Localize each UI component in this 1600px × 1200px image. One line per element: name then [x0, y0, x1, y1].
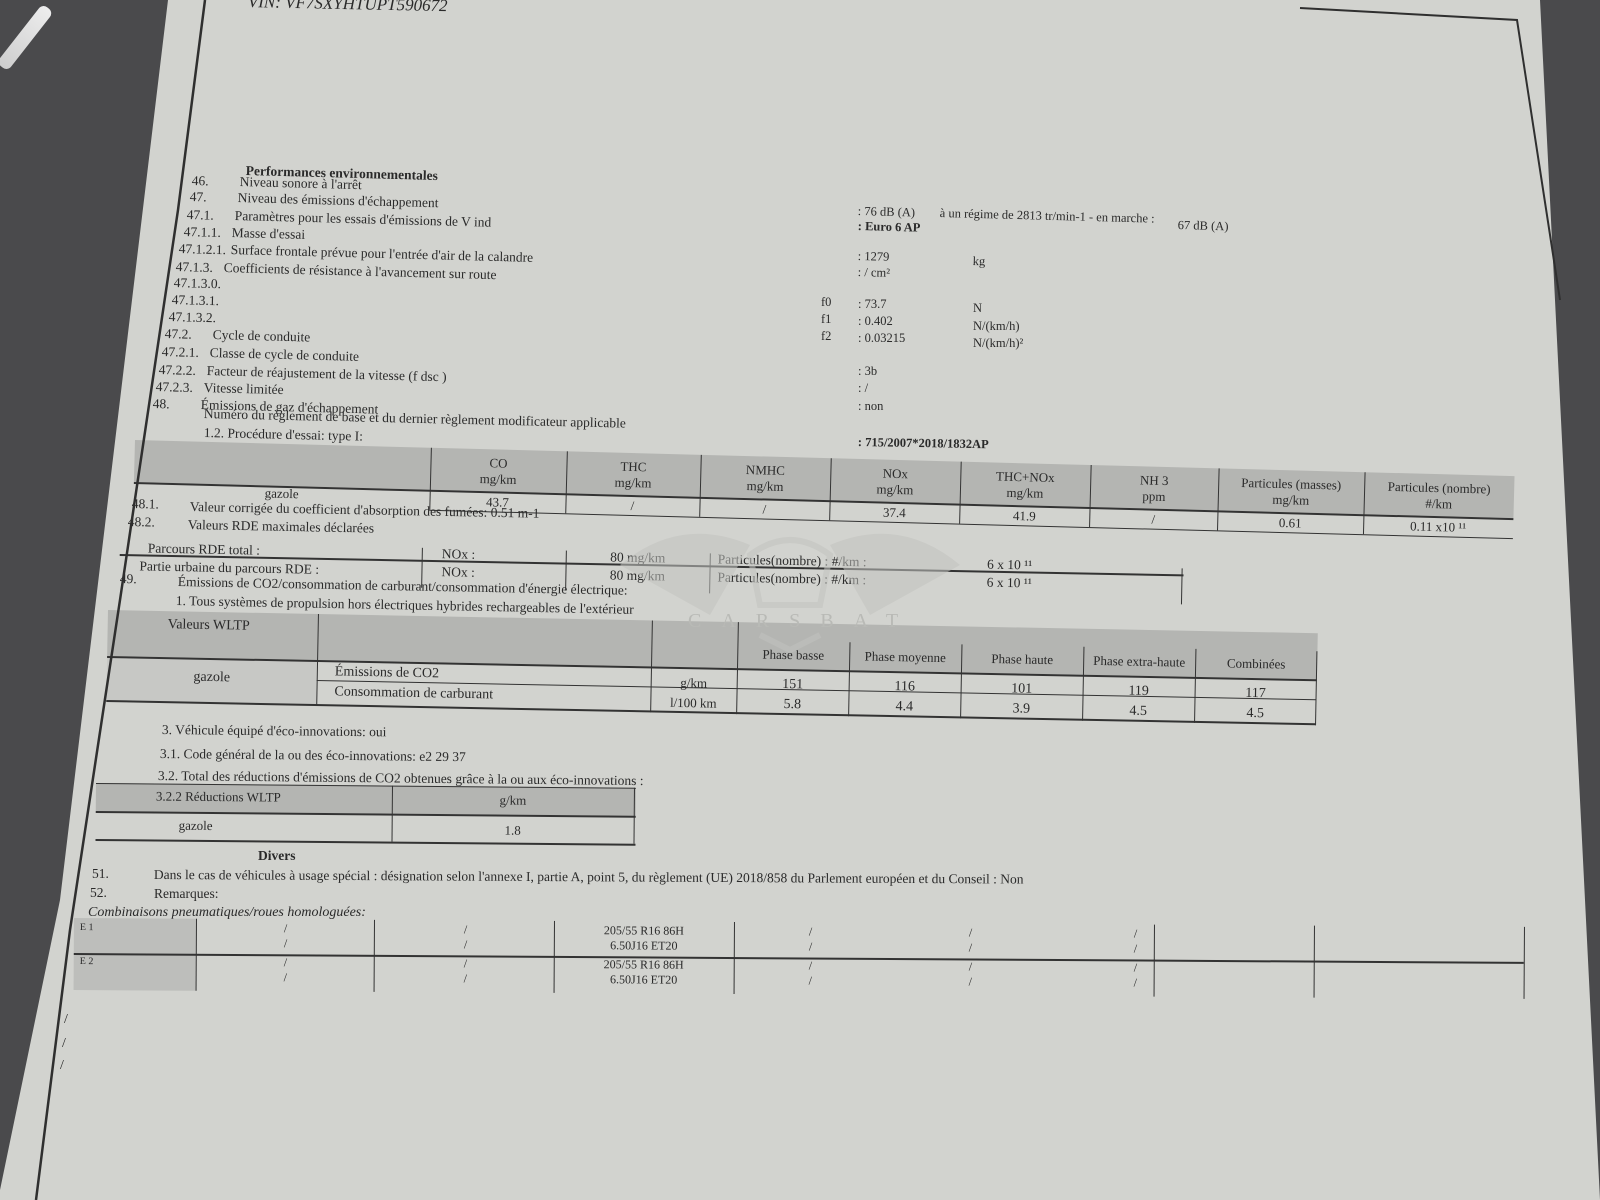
eco-line1: 3. Véhicule équipé d'éco-innovations: ou… — [162, 722, 387, 740]
item-number: 47.1.3.1. — [172, 292, 220, 309]
wltp-value: 151 — [737, 676, 849, 693]
rde-num: 48.2. — [128, 514, 155, 531]
eco-table-unit: g/km — [392, 792, 634, 809]
tyre-empty-cell: / — [969, 974, 972, 989]
speed-limited: : non — [858, 398, 883, 414]
stray-slash-3: / — [60, 1058, 64, 1074]
f0-value: : 73.7 — [858, 296, 886, 312]
light-reflection — [0, 4, 54, 72]
item-number: 47.1.2.1. — [179, 241, 227, 258]
eco-table-value: 1.8 — [392, 822, 634, 839]
wltp-row-label: Émissions de CO2 — [335, 664, 440, 681]
test-mass: : 1279 — [858, 248, 890, 265]
tyre-empty-cell: / — [464, 971, 467, 986]
wltp-value: 5.8 — [736, 696, 848, 713]
f1-label: f1 — [821, 311, 831, 327]
reglement-value: : 715/2007*2018/1832AP — [858, 434, 989, 452]
emissions-value: 41.9 — [959, 507, 1089, 525]
f1-unit: N/(km/h) — [973, 318, 1020, 334]
rde-value: 80 mg/km — [566, 549, 710, 567]
tyre-row-id: E 2 — [80, 954, 94, 969]
tyre-empty-cell: / — [809, 939, 812, 954]
tyre-empty-cell: / — [809, 973, 812, 988]
item-label: Cycle de conduite — [213, 327, 311, 346]
smoke-num: 48.1. — [132, 496, 159, 513]
wltp-phase-header: Phase moyenne — [849, 648, 961, 665]
wltp-value: 116 — [849, 678, 961, 695]
tyre-empty-cell: / — [1134, 960, 1137, 975]
rim-size: 6.50J16 ET20 — [554, 972, 734, 988]
tyre-size: 205/55 R16 86H — [554, 923, 734, 939]
f0-unit: N — [973, 300, 982, 316]
f2-label: f2 — [821, 328, 831, 344]
item-number: 48. — [153, 396, 170, 412]
rde-pn-label: Particules(nombre) : #/km : — [717, 569, 967, 589]
rim-size: 6.50J16 ET20 — [554, 938, 734, 954]
item-number: 47.1.1. — [184, 224, 222, 241]
watermark-text: CARSBAT — [688, 610, 918, 633]
emissions-value: 0.61 — [1217, 513, 1363, 532]
co2-num: 49. — [120, 571, 137, 587]
tyre-empty-cell: / — [809, 958, 812, 973]
wltp-phase-header: Phase extra-haute — [1083, 653, 1195, 670]
tyre-empty-cell: / — [464, 956, 467, 971]
stray-slash-2: / — [62, 1036, 66, 1052]
cycle-class: : 3b — [858, 363, 877, 379]
wltp-value: 4.5 — [1082, 703, 1194, 720]
item52-num: 52. — [90, 885, 107, 901]
wltp-phase-header: Phase basse — [737, 646, 849, 663]
wltp-value: 4.4 — [848, 698, 960, 715]
rde-pn-value: 6 x 10 ¹¹ — [969, 574, 1049, 591]
rde-pollutant: NOx : — [442, 546, 542, 563]
item-number: 47.2.2. — [159, 362, 197, 379]
item-number: 47.2. — [165, 326, 192, 343]
rde-pn-label: Particules(nombre) : #/km : — [718, 551, 968, 571]
item52-text: Remarques: — [154, 886, 218, 902]
emissions-value: / — [1089, 510, 1217, 528]
item-label: Masse d'essai — [232, 225, 306, 243]
tyre-empty-cell: / — [969, 925, 972, 940]
item-number: 47.1.3. — [176, 259, 214, 276]
emissions-value: / — [565, 496, 699, 515]
tyre-empty-cell: / — [1134, 941, 1137, 956]
emissions-value: 0.11 x10 ¹¹ — [1363, 517, 1513, 536]
item-number: 46. — [192, 173, 209, 189]
item51-num: 51. — [92, 866, 109, 882]
tyre-empty-cell: / — [284, 936, 287, 951]
eco-line2: 3.1. Code général de la ou des éco-innov… — [160, 746, 466, 765]
f0-label: f0 — [821, 294, 831, 310]
stray-slash-1: / — [64, 1012, 68, 1028]
fdsc-value: : / — [858, 380, 868, 396]
tyre-empty-cell: / — [284, 970, 287, 985]
tyre-empty-cell: / — [284, 921, 287, 936]
item51-text: Dans le cas de véhicules à usage spécial… — [154, 867, 1024, 888]
f1-value: : 0.402 — [858, 313, 893, 329]
vin-header: VIN: VF7SXYHTUPT590672 — [248, 0, 448, 14]
wltp-row-unit: l/100 km — [650, 694, 736, 711]
frontal-area: : / cm² — [858, 264, 891, 281]
tyre-empty-cell: / — [464, 937, 467, 952]
eco-table-title: 3.2.2 Réductions WLTP — [156, 789, 281, 805]
emissions-value: / — [699, 500, 829, 518]
wltp-title: Valeurs WLTP — [168, 617, 250, 634]
tyre-empty-cell: / — [1134, 926, 1137, 941]
wltp-phase-header: Phase haute — [961, 650, 1083, 667]
item-label: Vitesse limitée — [204, 380, 284, 398]
wltp-row-unit: g/km — [651, 674, 737, 691]
tyre-size: 205/55 R16 86H — [554, 957, 734, 973]
item-number: 47.1.3.0. — [174, 275, 222, 292]
wltp-value: 3.9 — [960, 700, 1082, 717]
item-number: 47.2.1. — [162, 344, 200, 361]
wltp-value: 119 — [1082, 683, 1194, 700]
f2-unit: N/(km/h)² — [973, 335, 1023, 351]
noise-driveby: 67 dB (A) — [1178, 217, 1229, 234]
rde-pn-value: 6 x 10 ¹¹ — [970, 556, 1050, 573]
test-mass-unit: kg — [973, 253, 986, 269]
tyre-empty-cell: / — [809, 924, 812, 939]
tyres-table: E 1205/55 R16 86H6.50J16 ET20//////////E… — [74, 918, 1544, 999]
tyre-empty-cell: / — [464, 922, 467, 937]
noise-regime: à un régime de 2813 tr/min-1 - en marche… — [940, 205, 1155, 227]
item-label: Classe de cycle de conduite — [210, 345, 360, 365]
rde-label: Valeurs RDE maximales déclarées — [188, 517, 375, 537]
euro-class: : Euro 6 AP — [858, 218, 921, 236]
wltp-value: 4.5 — [1194, 705, 1316, 722]
wltp-value: 101 — [961, 680, 1083, 697]
item-number: 47.1. — [187, 207, 214, 224]
wltp-value: 117 — [1194, 685, 1316, 702]
tyre-empty-cell: / — [284, 955, 287, 970]
eco-table-fuel: gazole — [136, 817, 256, 833]
f2-value: : 0.03215 — [858, 330, 905, 346]
wltp-row-label: Consommation de carburant — [334, 684, 493, 702]
document-page: VIN: VF7SXYHTUPT590672 Performances envi… — [0, 0, 1600, 1200]
item-number: 47. — [190, 189, 207, 205]
wltp-phase-header: Combinées — [1195, 655, 1317, 672]
tyre-empty-cell: / — [969, 940, 972, 955]
tyre-empty-cell: / — [1134, 975, 1137, 990]
tyre-empty-cell: / — [969, 959, 972, 974]
eco-reductions-table: 3.2.2 Réductions WLTP g/km gazole 1.8 — [95, 783, 635, 846]
item-number: 47.1.3.2. — [169, 309, 217, 326]
tyre-row-id: E 1 — [80, 920, 94, 935]
item-number: 47.2.3. — [156, 379, 194, 396]
emissions-value: 37.4 — [829, 503, 959, 521]
divers-title: Divers — [258, 848, 296, 864]
rde-label: Parcours RDE total : — [148, 541, 428, 561]
